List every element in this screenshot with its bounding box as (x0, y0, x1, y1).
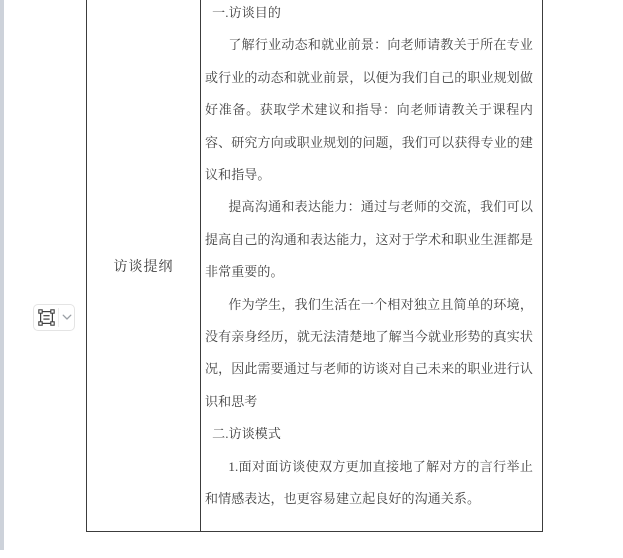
paragraph[interactable]: 1.面对面访谈使双方更加直接地了解对方的言行举止和情感表达，也更容易建立起良好的… (205, 451, 533, 516)
paragraph[interactable]: 提高沟通和表达能力：通过与老师的交流，我们可以提高自己的沟通和表达能力，这对于学… (205, 191, 533, 288)
table-label-cell[interactable]: 访谈提纲 (87, 0, 201, 531)
paragraph[interactable]: 一.访谈目的 (205, 0, 533, 29)
page: { "page": { "background_color": "#ffffff… (0, 0, 623, 558)
table-label-text: 访谈提纲 (114, 256, 174, 276)
table-select-button[interactable] (33, 304, 75, 331)
table-content-cell[interactable]: 一.访谈目的了解行业动态和就业前景：向老师请教关于所在专业或行业的动态和就业前景… (201, 0, 542, 531)
table-select-main[interactable] (34, 305, 58, 330)
frame-select-icon (38, 309, 55, 326)
paragraph[interactable]: 作为学生，我们生活在一个相对独立且简单的环境，没有亲身经历，就无法清楚地了解当今… (205, 289, 533, 419)
paragraph[interactable]: 了解行业动态和就业前景：向老师请教关于所在专业或行业的动态和就业前景，以便为我们… (205, 29, 533, 191)
content-paragraphs: 一.访谈目的了解行业动态和就业前景：向老师请教关于所在专业或行业的动态和就业前景… (205, 0, 533, 516)
page-edge-strip (0, 0, 4, 550)
table-select-dropdown[interactable] (59, 305, 74, 330)
chevron-down-icon (62, 314, 72, 321)
paragraph[interactable]: 二.访谈模式 (205, 418, 533, 450)
document-table: 访谈提纲 一.访谈目的了解行业动态和就业前景：向老师请教关于所在专业或行业的动态… (86, 0, 543, 532)
